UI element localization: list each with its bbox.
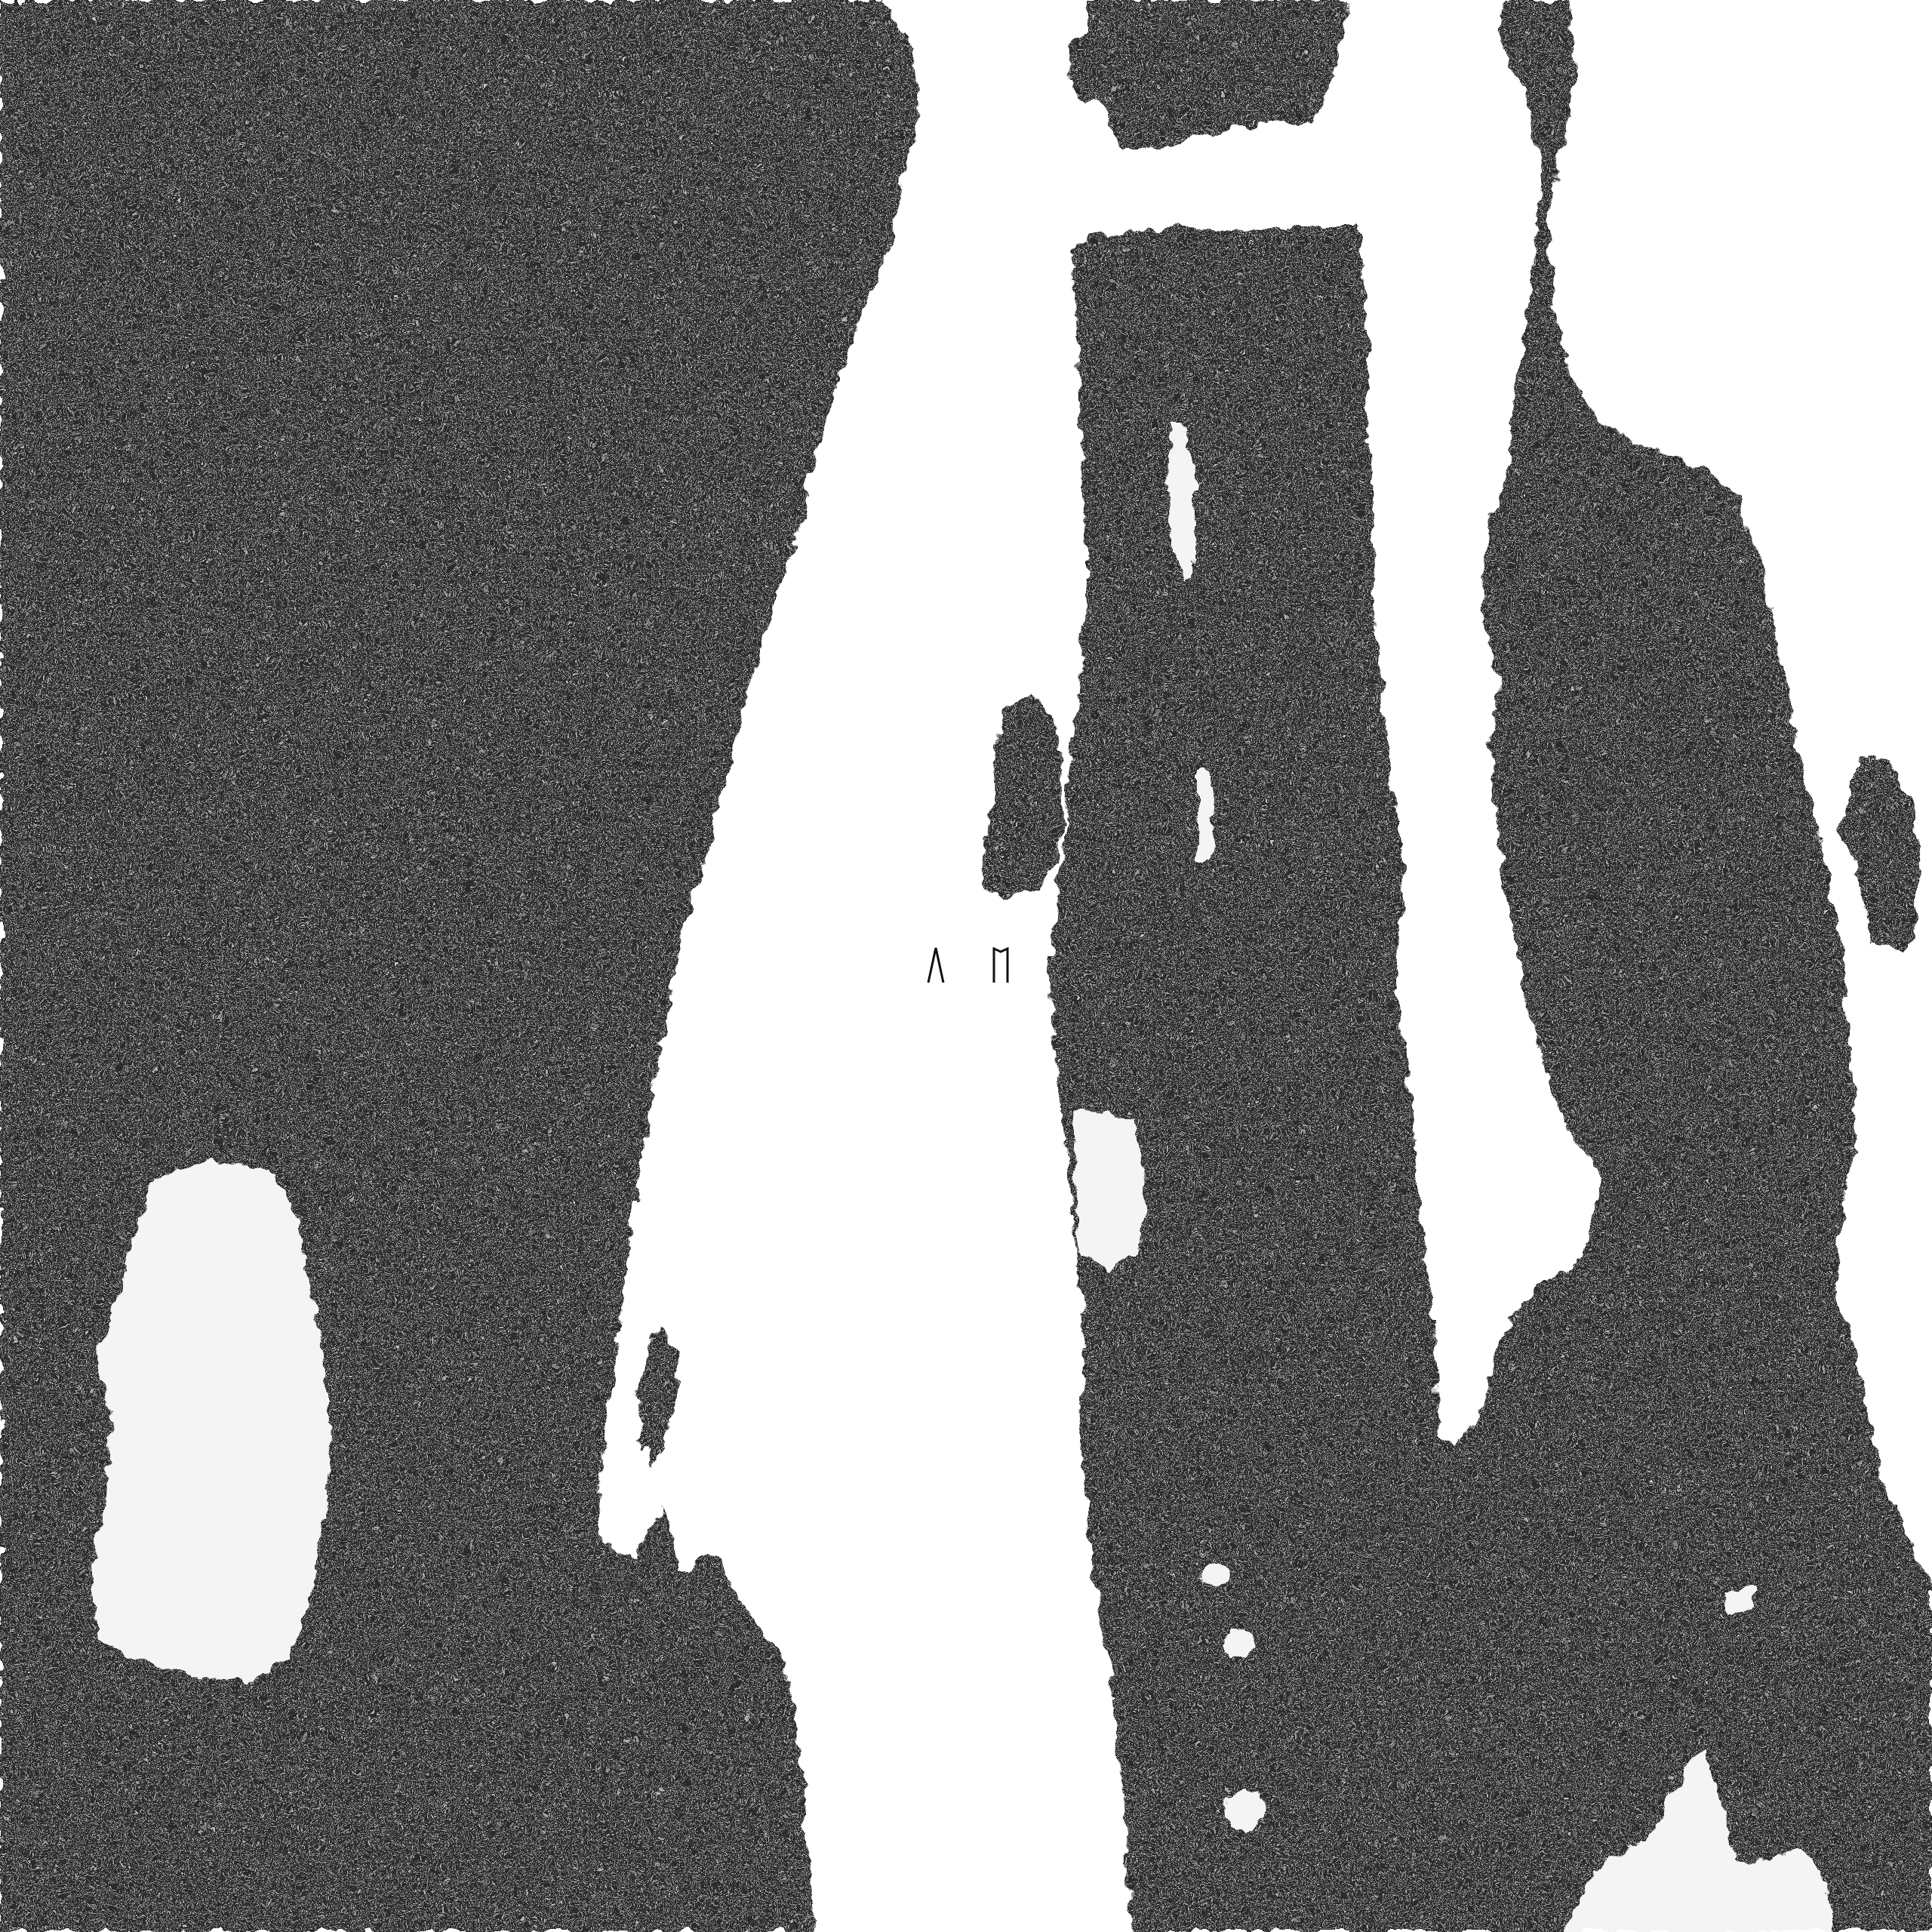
monogram: A M A M [927, 946, 1010, 983]
monogram-letter-m: M [992, 947, 1010, 983]
monogram-letter-a: A [927, 947, 945, 983]
white-smear-center [1072, 1109, 1147, 1268]
